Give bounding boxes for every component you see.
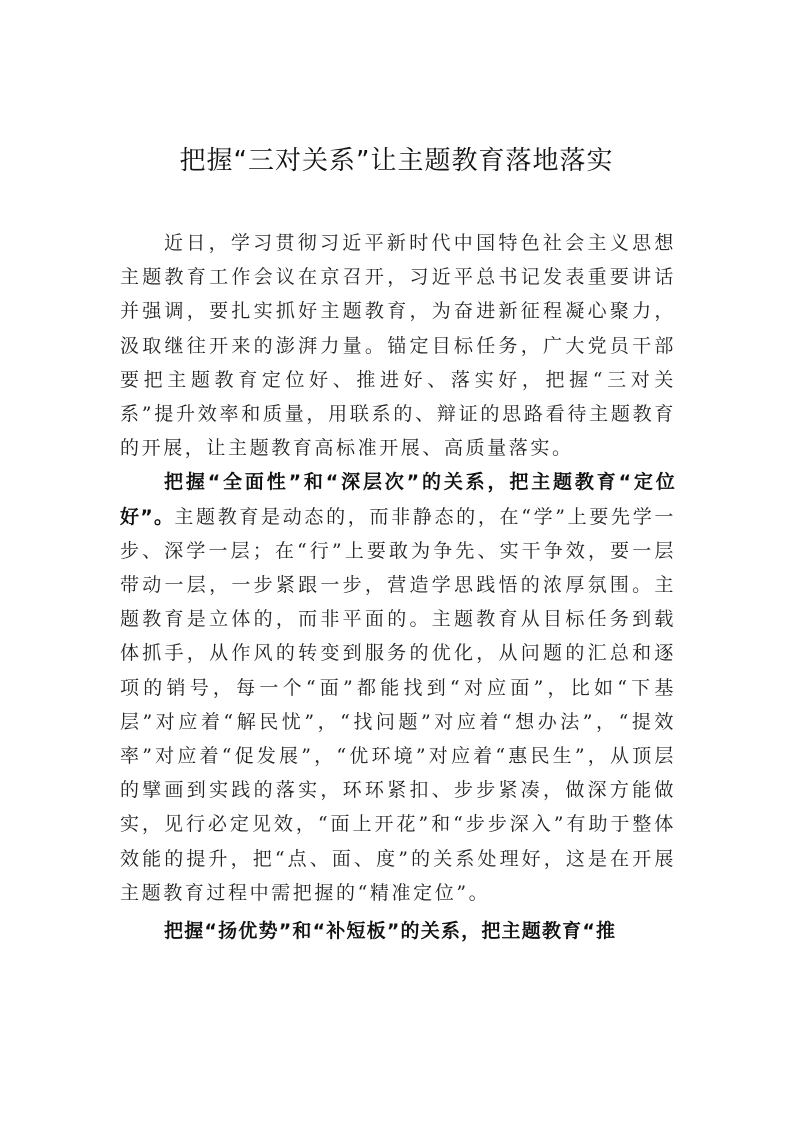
paragraph-section-1: 把握“全面性”和“深层次”的关系，把主题教育“定位好”。主题教育是动态的，而非静… (120, 465, 676, 910)
section-heading: 把握“扬优势”和“补短板”的关系，把主题教育“推 (164, 920, 616, 942)
paragraph-text: 主题教育是动态的，而非静态的，在“学”上要先学一步、深学一层；在“行”上要敢为争… (120, 506, 676, 904)
paragraph-section-2: 把握“扬优势”和“补短板”的关系，把主题教育“推 (120, 914, 676, 948)
document-title: 把握“三对关系”让主题教育落地落实 (0, 140, 793, 177)
paragraph-text: 近日，学习贯彻习近平新时代中国特色社会主义思想主题教育工作会议在京召开，习近平总… (120, 232, 676, 459)
document-page: 把握“三对关系”让主题教育落地落实 近日，学习贯彻习近平新时代中国特色社会主义思… (0, 0, 793, 1122)
paragraph-intro: 近日，学习贯彻习近平新时代中国特色社会主义思想主题教育工作会议在京召开，习近平总… (120, 226, 676, 465)
document-body: 近日，学习贯彻习近平新时代中国特色社会主义思想主题教育工作会议在京召开，习近平总… (120, 226, 676, 948)
